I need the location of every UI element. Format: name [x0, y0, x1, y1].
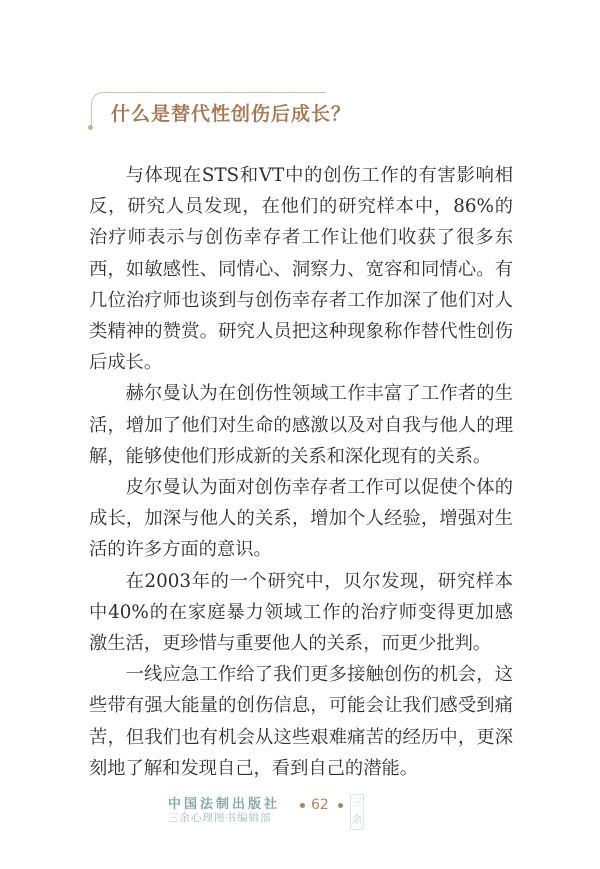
- heading-dot-decoration: [88, 125, 93, 130]
- paragraph: 赫尔曼认为在创伤性领域工作丰富了工作者的生活，增加了他们对生命的感激以及对自我与…: [89, 378, 513, 472]
- logo-char: 余: [352, 816, 362, 826]
- logo-char: 三: [352, 799, 362, 809]
- paragraph: 一线应急工作给了我们更多接触创伤的机会，这些带有强大能量的创伤信息，可能会让我们…: [89, 659, 513, 784]
- page-number: 62: [311, 797, 329, 813]
- bullet-dot-right: [338, 803, 343, 808]
- paragraph: 皮尔曼认为面对创伤幸存者工作可以促使个体的成长，加深与他人的关系，增加个人经验，…: [89, 472, 513, 566]
- publisher-logo-icon: 三 余: [350, 794, 364, 830]
- paragraph: 与体现在STS和VT中的创伤工作的有害影响相反，研究人员发现，在他们的研究样本中…: [89, 160, 513, 378]
- bullet-dot-left: [300, 803, 305, 808]
- paragraph: 在2003年的一个研究中，贝尔发现，研究样本中40%的在家庭暴力领域工作的治疗师…: [89, 566, 513, 660]
- section-heading: 什么是替代性创伤后成长？: [91, 92, 327, 132]
- body-text: 与体现在STS和VT中的创伤工作的有害影响相反，研究人员发现，在他们的研究样本中…: [89, 160, 513, 784]
- publisher-department: 三余心理图书编辑部: [168, 810, 272, 825]
- heading-title: 什么是替代性创伤后成长？: [111, 99, 351, 126]
